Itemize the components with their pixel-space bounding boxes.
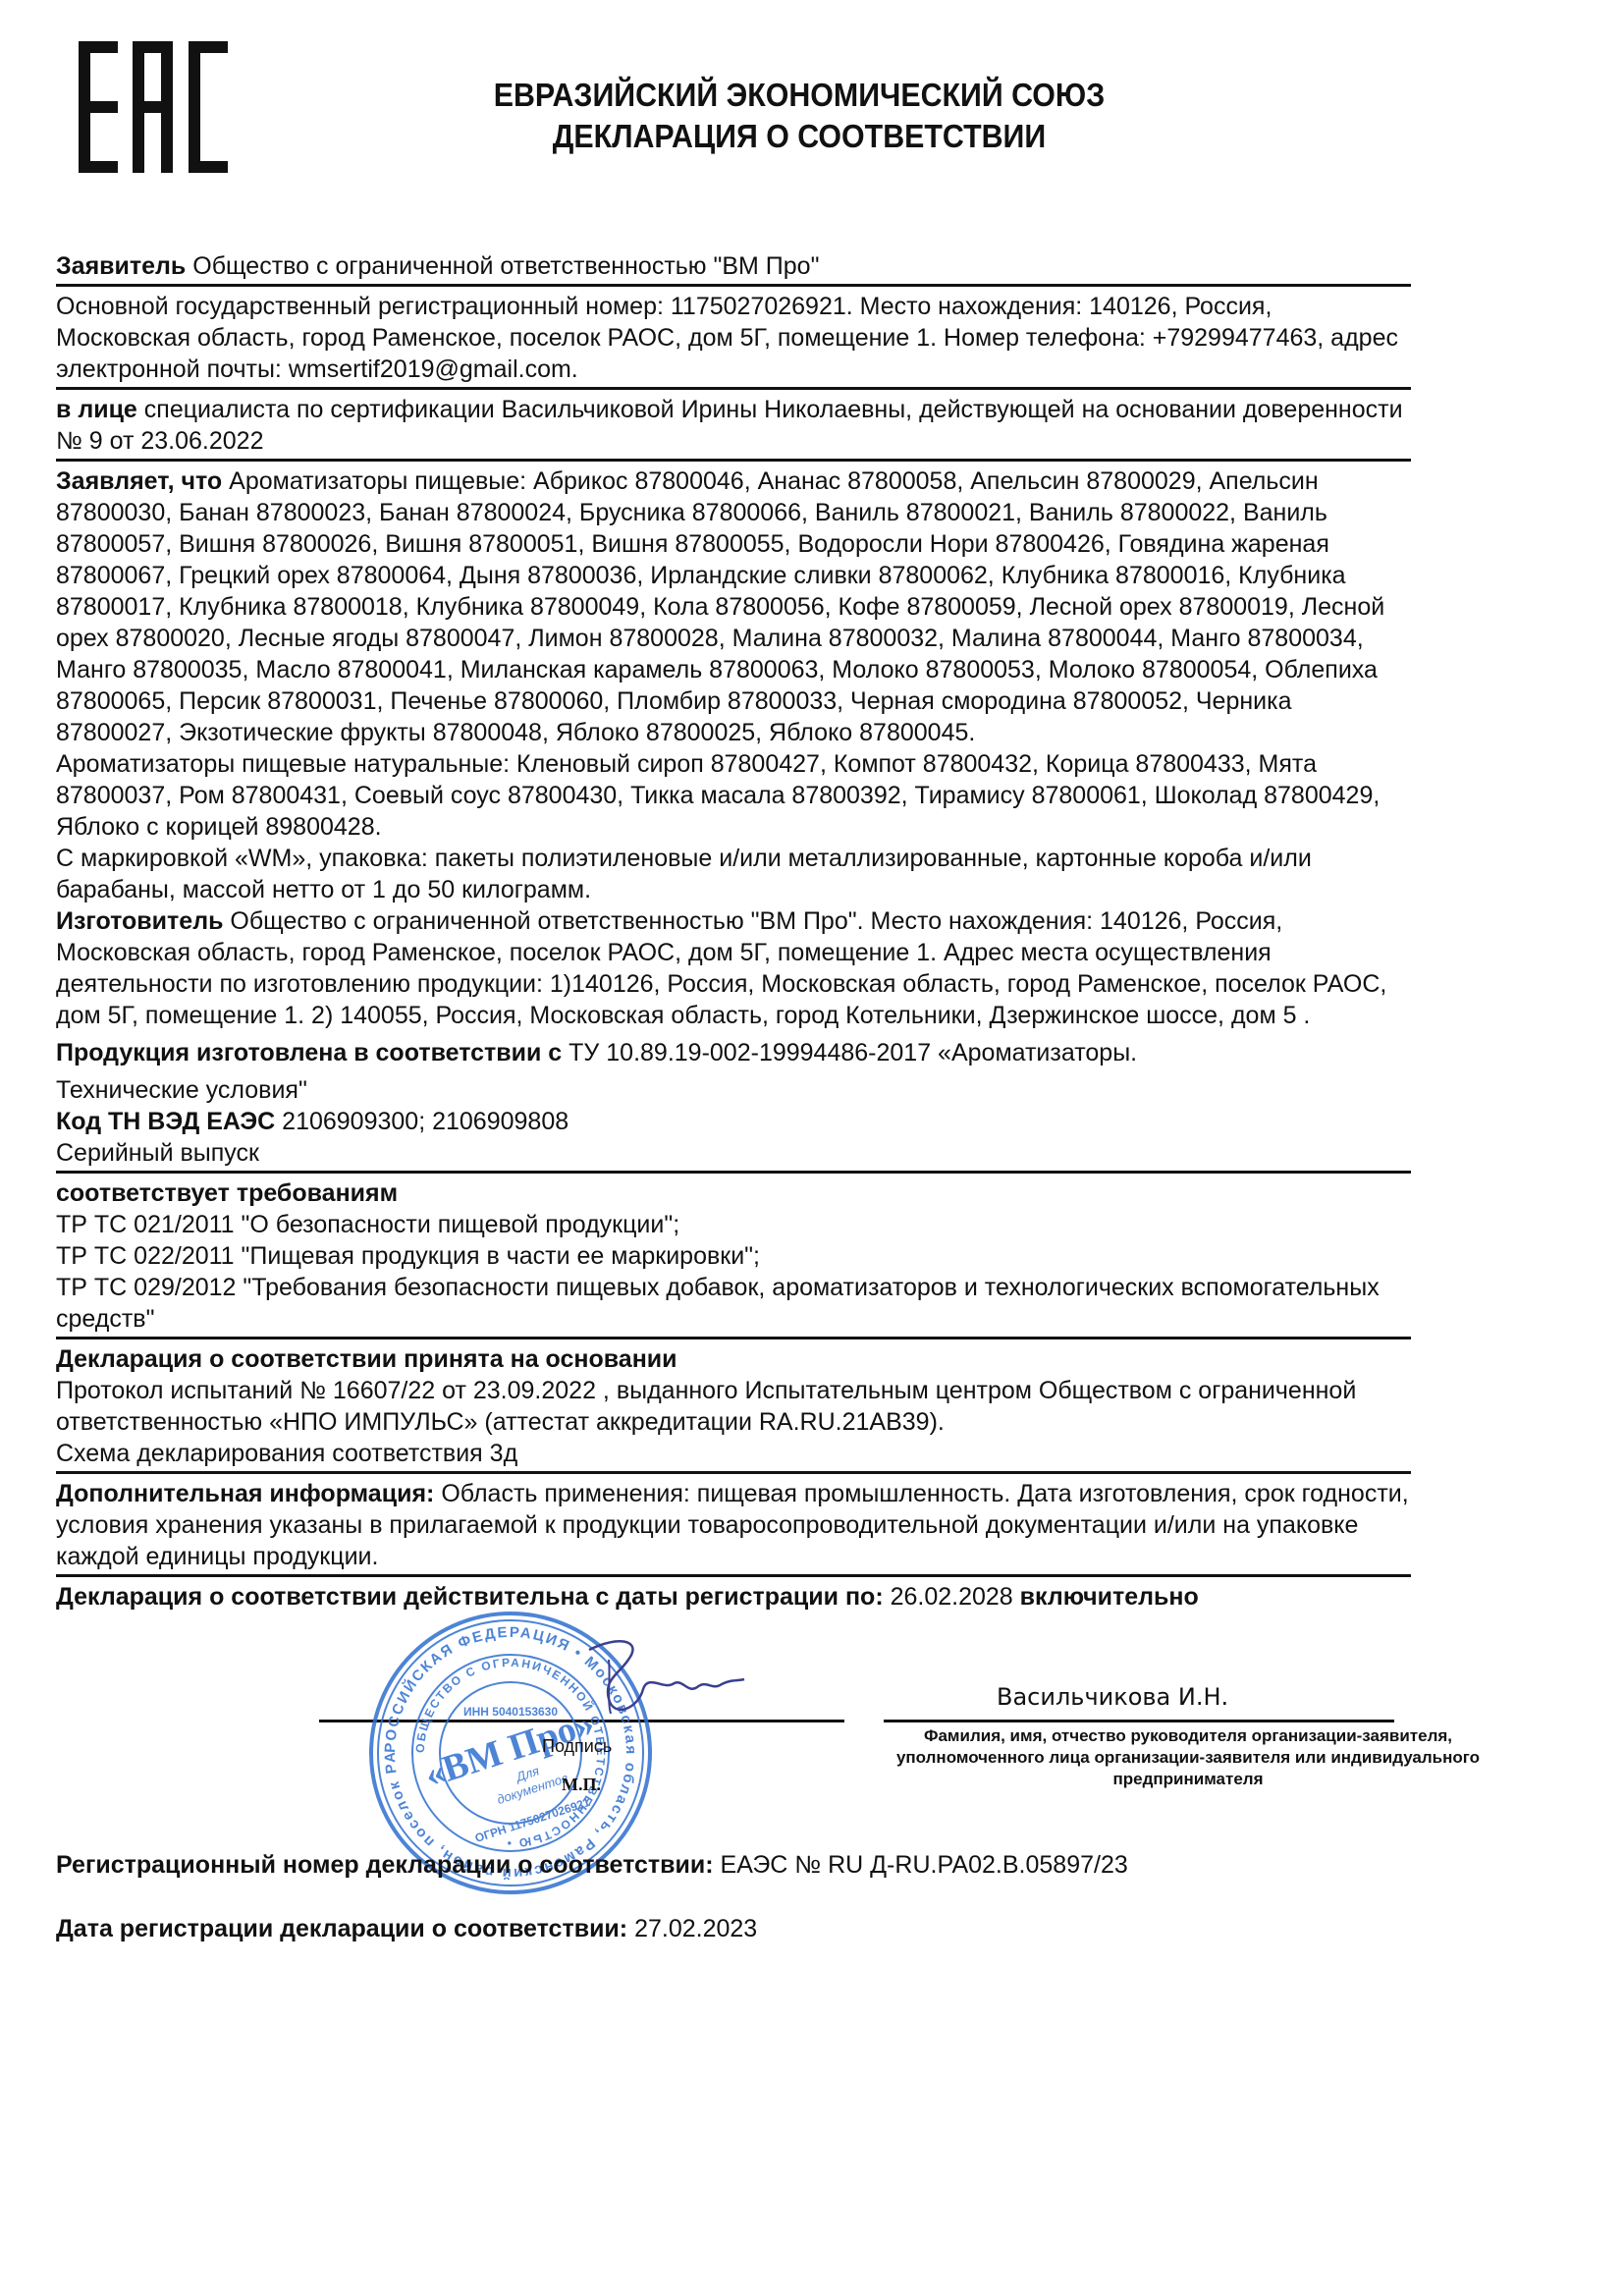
- release-type: Серийный выпуск: [56, 1139, 259, 1167]
- represented-by-section: в лице специалиста по сертификации Васил…: [56, 394, 1411, 462]
- manufacturer-value: Общество с ограниченной ответственностью…: [56, 907, 1386, 1029]
- products-packaging: С маркировкой «WM», упаковка: пакеты пол…: [56, 843, 1411, 905]
- validity-section: Декларация о соответствии действительна …: [56, 1581, 1411, 1613]
- conforms-section: соответствует требованиям ТР ТС 021/2011…: [56, 1177, 1411, 1339]
- declaration-body: Заявитель Общество с ограниченной ответс…: [56, 250, 1411, 1613]
- seal-place-label: М.П.: [562, 1775, 601, 1795]
- signature-label: Подпись: [542, 1736, 612, 1757]
- declaration-scheme: Схема декларирования соответствия 3д: [56, 1440, 517, 1467]
- hs-code-section: Код ТН ВЭД ЕАЭС 2106909300; 2106909808: [56, 1106, 1411, 1137]
- declares-label: Заявляет, что: [56, 467, 222, 495]
- registration-date-label: Дата регистрации декларации о соответств…: [56, 1915, 627, 1942]
- applicant-name-section: Заявитель Общество с ограниченной ответс…: [56, 250, 1411, 287]
- handwritten-signature: [550, 1630, 746, 1738]
- produced-per-label: Продукция изготовлена в соответствии с: [56, 1039, 562, 1066]
- applicant-label: Заявитель: [56, 252, 186, 280]
- basis-value: Протокол испытаний № 16607/22 от 23.09.2…: [56, 1375, 1411, 1438]
- registration-date: Дата регистрации декларации о соответств…: [56, 1915, 757, 1943]
- declares-section: Заявляет, что Ароматизаторы пищевые: Абр…: [56, 465, 1411, 905]
- validity-suffix: включительно: [1013, 1583, 1199, 1611]
- regulation-item: ТР ТС 022/2011 "Пищевая продукция в част…: [56, 1240, 1411, 1272]
- union-title: ЕВРАЗИЙСКИЙ ЭКОНОМИЧЕСКИЙ СОЮЗ: [393, 75, 1206, 116]
- document-title: ДЕКЛАРАЦИЯ О СООТВЕТСТВИИ: [393, 116, 1206, 157]
- document-header: ЕВРАЗИЙСКИЙ ЭКОНОМИЧЕСКИЙ СОЮЗ ДЕКЛАРАЦИ…: [393, 75, 1206, 157]
- applicant-value: Общество с ограниченной ответственностью…: [186, 252, 819, 280]
- signer-caption: Фамилия, имя, отчество руководителя орга…: [884, 1725, 1492, 1790]
- produced-per-section: Продукция изготовлена в соответствии с Т…: [56, 1037, 1411, 1106]
- scheme-section: Схема декларирования соответствия 3д: [56, 1438, 1411, 1474]
- validity-date: 26.02.2028: [884, 1583, 1013, 1611]
- produced-per-value: ТУ 10.89.19-002-19994486-2017 «Ароматиза…: [562, 1039, 1137, 1066]
- hs-code-value: 2106909300; 2106909808: [275, 1108, 568, 1135]
- regulation-item: ТР ТС 021/2011 "О безопасности пищевой п…: [56, 1209, 1411, 1240]
- registration-number-value: ЕАЭС № RU Д-RU.РА02.В.05897/23: [714, 1851, 1128, 1879]
- applicant-details-section: Основной государственный регистрационный…: [56, 291, 1411, 390]
- hs-code-label: Код ТН ВЭД ЕАЭС: [56, 1108, 275, 1135]
- conforms-label: соответствует требованиям: [56, 1177, 1411, 1209]
- basis-section: Декларация о соответствии принята на осн…: [56, 1343, 1411, 1438]
- products-natural: Ароматизаторы пищевые натуральные: Клено…: [56, 748, 1411, 843]
- signer-name-line: [884, 1720, 1394, 1722]
- registration-number: Регистрационный номер декларации о соотв…: [56, 1851, 1128, 1880]
- eac-mark-icon: [79, 41, 231, 173]
- signer-name: Васильчикова И.Н.: [997, 1683, 1228, 1711]
- additional-info-section: Дополнительная информация: Область приме…: [56, 1478, 1411, 1577]
- basis-label: Декларация о соответствии принята на осн…: [56, 1343, 1411, 1375]
- release-type-section: Серийный выпуск: [56, 1137, 1411, 1174]
- manufacturer-label: Изготовитель: [56, 907, 223, 935]
- declaration-page: ЕВРАЗИЙСКИЙ ЭКОНОМИЧЕСКИЙ СОЮЗ ДЕКЛАРАЦИ…: [0, 0, 1624, 2296]
- manufacturer-section: Изготовитель Общество с ограниченной отв…: [56, 905, 1411, 1031]
- products-flavors: Ароматизаторы пищевые: Абрикос 87800046,…: [56, 467, 1384, 746]
- produced-per-value-line2: Технические условия": [56, 1074, 1411, 1106]
- registration-date-value: 27.02.2023: [627, 1915, 757, 1942]
- additional-info-label: Дополнительная информация:: [56, 1480, 434, 1507]
- represented-by-value: специалиста по сертификации Васильчиково…: [56, 396, 1403, 455]
- applicant-details: Основной государственный регистрационный…: [56, 293, 1398, 383]
- represented-by-label: в лице: [56, 396, 137, 423]
- registration-number-label: Регистрационный номер декларации о соотв…: [56, 1851, 714, 1879]
- regulation-item: ТР ТС 029/2012 "Требования безопасности …: [56, 1272, 1411, 1335]
